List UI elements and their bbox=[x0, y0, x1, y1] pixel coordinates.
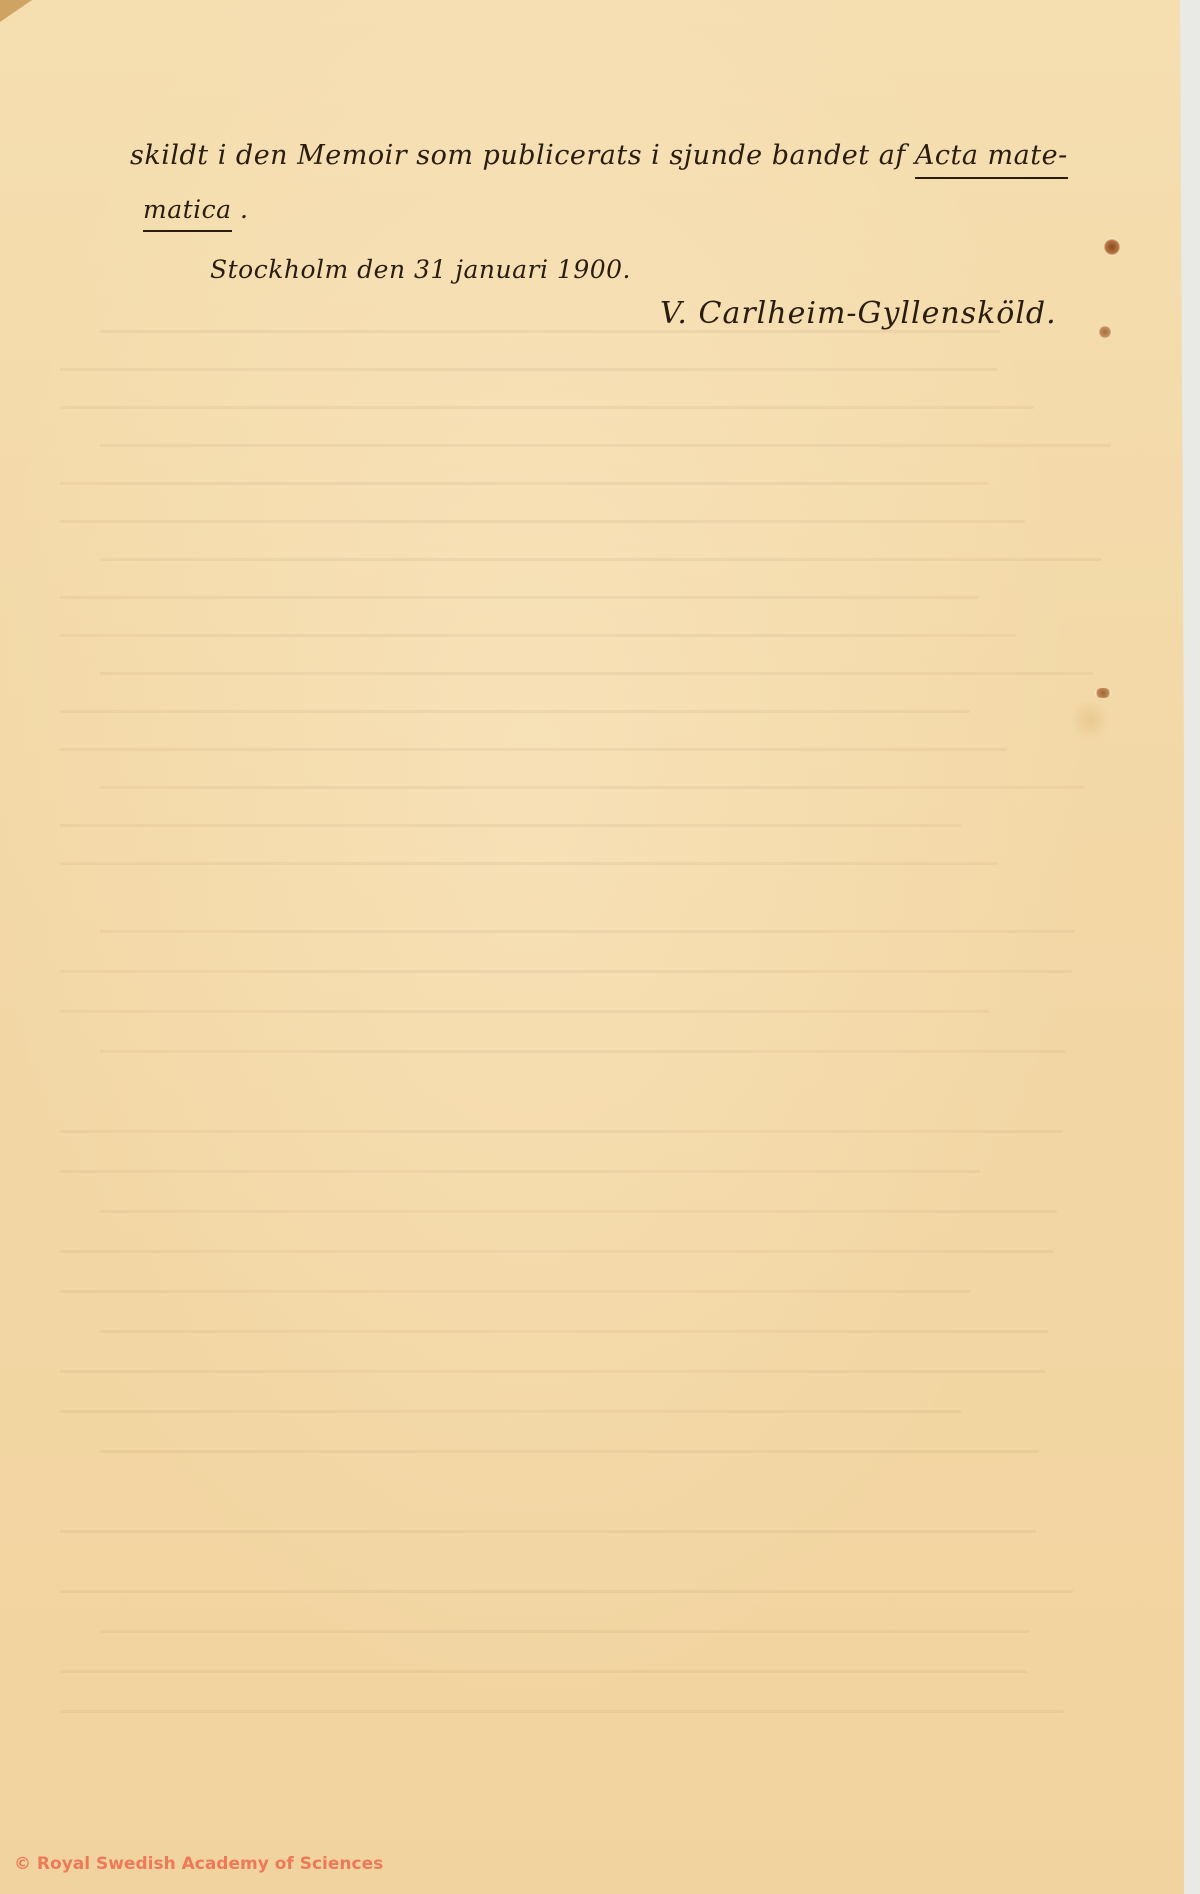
show-through-line bbox=[100, 1630, 1030, 1633]
show-through-line bbox=[100, 444, 1111, 447]
show-through-text bbox=[40, 330, 1080, 1830]
show-through-line bbox=[100, 558, 1102, 561]
show-through-line bbox=[60, 596, 979, 599]
paper-stain bbox=[1070, 700, 1110, 740]
handwritten-line-2: matica . bbox=[143, 195, 248, 224]
show-through-line bbox=[60, 1370, 1045, 1373]
show-through-line bbox=[60, 1130, 1063, 1133]
handwritten-line-1: skildt i den Memoir som publicerats i sj… bbox=[130, 140, 1068, 171]
show-through-line bbox=[60, 748, 1007, 751]
show-through-line bbox=[60, 1530, 1036, 1533]
line1-text: skildt i den Memoir som publicerats i sj… bbox=[130, 140, 915, 171]
show-through-line bbox=[60, 970, 1072, 973]
show-through-line bbox=[100, 1050, 1066, 1053]
document-page: skildt i den Memoir som publicerats i sj… bbox=[0, 0, 1184, 1894]
journal-title-part-1: Acta mate- bbox=[915, 140, 1068, 179]
show-through-line bbox=[100, 786, 1084, 789]
show-through-line bbox=[100, 1330, 1048, 1333]
show-through-line bbox=[60, 1590, 1073, 1593]
journal-title-part-2: matica bbox=[143, 195, 232, 232]
show-through-line bbox=[60, 1250, 1054, 1253]
punch-hole bbox=[1094, 688, 1112, 698]
show-through-line bbox=[60, 482, 988, 485]
show-through-line bbox=[60, 824, 961, 827]
show-through-line bbox=[60, 862, 998, 865]
corner-fold bbox=[0, 0, 32, 22]
show-through-line bbox=[100, 1450, 1039, 1453]
copyright-watermark: © Royal Swedish Academy of Sciences bbox=[14, 1854, 383, 1874]
place-and-date: Stockholm den 31 januari 1900. bbox=[210, 255, 631, 284]
show-through-line bbox=[60, 1290, 971, 1293]
show-through-line bbox=[100, 930, 1075, 933]
show-through-line bbox=[60, 1170, 980, 1173]
line2-suffix: . bbox=[232, 195, 249, 224]
show-through-line bbox=[60, 406, 1034, 409]
show-through-line bbox=[60, 710, 970, 713]
show-through-line bbox=[60, 1670, 1027, 1673]
punch-hole bbox=[1104, 238, 1120, 256]
show-through-line bbox=[60, 1710, 1064, 1713]
show-through-line bbox=[60, 1410, 962, 1413]
show-through-line bbox=[100, 672, 1093, 675]
show-through-line bbox=[60, 634, 1016, 637]
show-through-line bbox=[60, 368, 997, 371]
show-through-line bbox=[60, 1010, 989, 1013]
signature: V. Carlheim-Gyllensköld. bbox=[660, 296, 1057, 331]
show-through-line bbox=[60, 520, 1025, 523]
punch-hole bbox=[1098, 326, 1112, 338]
show-through-line bbox=[100, 1210, 1057, 1213]
